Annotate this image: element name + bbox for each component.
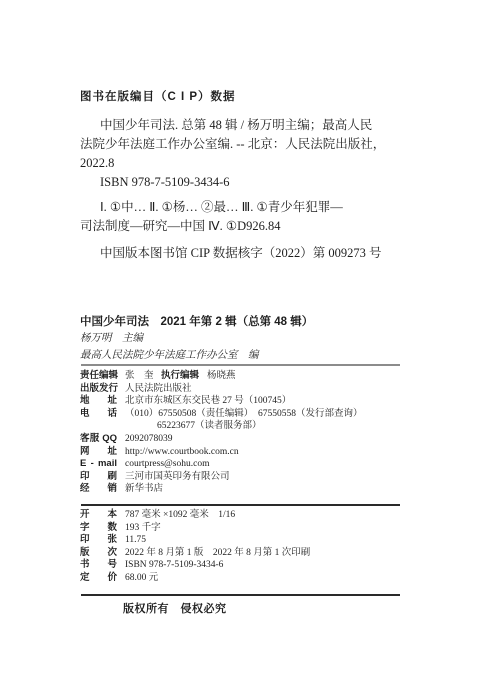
cip-record-line-3: 2022.8 [80,154,440,173]
colophon-row-website: 网 址http://www.courtbook.com.cn [80,446,440,459]
publisher-label: 出版发行 [80,383,117,396]
divider-rule-bottom [81,594,400,596]
cip-classification-line-1: Ⅰ. ①中… Ⅱ. ①杨… ②最… Ⅲ. ①青少年犯罪— [80,198,440,217]
colophon-row-phone-2: 65223677（读者服务部） [80,420,440,433]
colophon-row-publisher: 出版发行人民法院出版社 [80,383,440,396]
cip-section: 图书在版编目（C I P）数据 中国少年司法. 总第 48 辑 / 杨万明主编；… [80,90,440,263]
colophon-format-info: 开 本787 毫米 ×1092 毫米 1/16 字 数193 千字 印 张11.… [80,509,440,585]
colophon-row-wordcount: 字 数193 千字 [80,522,440,535]
address-label: 地 址 [80,395,117,408]
executive-editor-label: 执行编辑 [161,370,199,381]
website-label: 网 址 [80,446,117,459]
colophon-row-qq: 客服 QQ2092078039 [80,433,440,446]
edition-value: 2022 年 8 月第 1 版 2022 年 8 月第 1 次印刷 [125,548,310,558]
colophon-publishing-info: 责任编辑张 奎执行编辑杨晓燕 出版发行人民法院出版社 地 址北京市东城区东交民巷… [80,370,440,496]
colophon-row-address: 地 址北京市东城区东交民巷 27 号（100745） [80,395,440,408]
colophon-row-editors: 责任编辑张 奎执行编辑杨晓燕 [80,370,440,383]
sheets-value: 11.75 [125,535,146,545]
org-editor-line: 最高人民法院少年法庭工作办公室 编 [80,348,313,364]
colophon-row-phone: 电 话（010）67550508（责任编辑） 67550558（发行部查询） [80,408,440,421]
publisher-value: 人民法院出版社 [125,384,192,394]
colophon-row-format: 开 本787 毫米 ×1092 毫米 1/16 [80,509,440,522]
wordcount-label: 字 数 [80,522,117,535]
colophon-row-edition: 版 次2022 年 8 月第 1 版 2022 年 8 月第 1 次印刷 [80,547,440,560]
isbn-label: 书 号 [80,559,117,572]
colophon-row-distributor: 经 销新华书店 [80,483,440,496]
website-value: http://www.courtbook.com.cn [125,447,239,457]
price-value: 68.00 元 [125,573,158,583]
cip-verification-notice: 中国版本图书馆 CIP 数据核字（2022）第 009273 号 [80,244,440,263]
distributor-label: 经 销 [80,483,117,496]
colophon-row-price: 定 价68.00 元 [80,572,440,585]
cip-classification-line-2: 司法制度—研究—中国 Ⅳ. ①D926.84 [80,217,440,236]
email-label: E - mail [80,458,117,471]
address-value: 北京市东城区东交民巷 27 号（100745） [125,396,291,406]
book-copyright-page: 图书在版编目（C I P）数据 中国少年司法. 总第 48 辑 / 杨万明主编；… [0,0,499,698]
copyright-notice: 版权所有 侵权必究 [123,602,227,617]
price-label: 定 价 [80,572,117,585]
title-block: 中国少年司法 2021 年第 2 辑（总第 48 辑） 杨万明 主编 最高人民法… [80,314,313,364]
email-value: courtpress@sohu.com [125,459,209,469]
printer-value: 三河市国英印务有限公司 [125,472,230,482]
colophon-row-printer: 印 刷三河市国英印务有限公司 [80,471,440,484]
cip-isbn-line: ISBN 978-7-5109-3434-6 [80,173,440,192]
isbn-value: ISBN 978-7-5109-3434-6 [125,560,223,570]
distributor-value: 新华书店 [125,484,163,494]
phone-label: 电 话 [80,408,117,421]
cip-record-line-1: 中国少年司法. 总第 48 辑 / 杨万明主编；最高人民 [80,116,440,135]
cip-record-line-2: 法院少年法庭工作办公室编. -- 北京：人民法院出版社， [80,135,440,154]
format-value: 787 毫米 ×1092 毫米 1/16 [125,510,235,520]
responsible-editor-label: 责任编辑 [80,370,117,383]
divider-rule-middle [81,504,400,506]
cip-header: 图书在版编目（C I P）数据 [80,90,440,104]
divider-rule-top [81,364,400,366]
chief-editor-line: 杨万明 主编 [80,331,313,347]
colophon-row-sheets: 印 张11.75 [80,534,440,547]
service-qq-value: 2092078039 [125,434,173,444]
printer-label: 印 刷 [80,471,117,484]
colophon-row-email: E - mailcourtpress@sohu.com [80,458,440,471]
sheets-label: 印 张 [80,534,117,547]
book-title: 中国少年司法 2021 年第 2 辑（总第 48 辑） [80,314,313,330]
phone-value-2: 65223677（读者服务部） [157,421,262,431]
colophon-row-isbn: 书 号ISBN 978-7-5109-3434-6 [80,559,440,572]
wordcount-value: 193 千字 [125,523,161,533]
responsible-editor-value: 张 奎 [125,370,155,383]
format-label: 开 本 [80,509,117,522]
executive-editor-value: 杨晓燕 [207,371,236,381]
phone-value: （010）67550508（责任编辑） 67550558（发行部查询） [125,409,363,419]
edition-label: 版 次 [80,547,117,560]
service-qq-label: 客服 QQ [80,433,117,446]
